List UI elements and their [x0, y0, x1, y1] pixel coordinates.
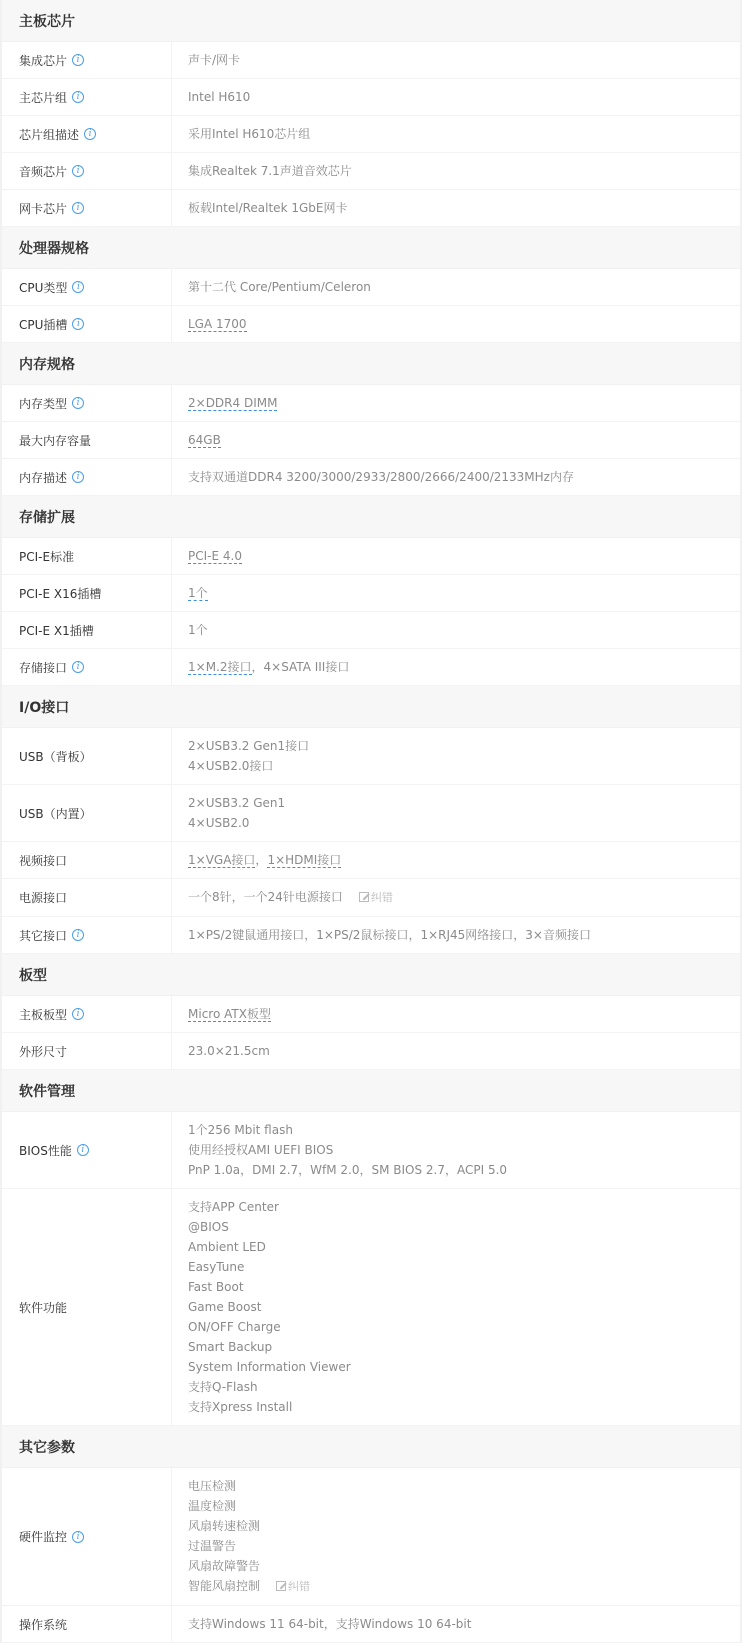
- spec-value-line: ON/OFF Charge: [188, 1317, 740, 1337]
- spec-value-text: 2×USB3.2 Gen1接口: [188, 739, 309, 753]
- spec-label: 集成芯片: [19, 52, 67, 69]
- spec-label: PCI-E标准: [19, 548, 74, 565]
- info-icon[interactable]: i: [72, 397, 84, 409]
- correction-button[interactable]: 纠错: [276, 1577, 310, 1597]
- spec-value-cell: 支持Windows 11 64-bit，支持Windows 10 64-bit: [172, 1606, 740, 1642]
- spec-label: 外形尺寸: [19, 1043, 67, 1060]
- spec-value-cell: 支持APP Center@BIOSAmbient LEDEasyTuneFast…: [172, 1189, 740, 1425]
- spec-label: 主芯片组: [19, 89, 67, 106]
- spec-value-text: Ambient LED: [188, 1240, 266, 1254]
- spec-value-text: ，: [255, 853, 267, 867]
- spec-value-cell: 23.0×21.5cm: [172, 1033, 740, 1069]
- spec-label-cell: USB（背板）: [2, 728, 172, 784]
- spec-label: 存储接口: [19, 659, 67, 676]
- info-icon[interactable]: i: [72, 91, 84, 103]
- spec-value-link[interactable]: 64GB: [188, 433, 221, 448]
- spec-value-text: 使用经授权AMI UEFI BIOS: [188, 1143, 333, 1157]
- spec-value-cell: 64GB: [172, 422, 740, 458]
- section-header: 处理器规格: [2, 227, 740, 269]
- spec-row: 其它接口i1×PS/2键鼠通用接口，1×PS/2鼠标接口，1×RJ45网络接口，…: [2, 917, 740, 954]
- spec-label-cell: 操作系统: [2, 1606, 172, 1642]
- correction-label: 纠错: [371, 891, 393, 904]
- spec-label: 内存类型: [19, 395, 67, 412]
- spec-label-cell: PCI-E标准: [2, 538, 172, 574]
- spec-value-text: 支持Windows 11 64-bit，支持Windows 10 64-bit: [188, 1617, 471, 1631]
- spec-value-line: 第十二代 Core/Pentium/Celeron: [188, 277, 740, 297]
- spec-row: BIOS性能i1个256 Mbit flash使用经授权AMI UEFI BIO…: [2, 1112, 740, 1189]
- spec-value-cell: 1个: [172, 575, 740, 611]
- spec-label: 音频芯片: [19, 163, 67, 180]
- spec-value-line: 电压检测: [188, 1476, 740, 1496]
- spec-value-line: Intel H610: [188, 87, 740, 107]
- spec-label: 最大内存容量: [19, 432, 91, 449]
- spec-value-text: Game Boost: [188, 1300, 261, 1314]
- spec-value-line: 一个8针，一个24针电源接口纠错: [188, 887, 740, 908]
- spec-value-link[interactable]: 1×VGA接口: [188, 853, 255, 868]
- spec-label: USB（内置）: [19, 805, 92, 822]
- spec-value-line: 2×DDR4 DIMM: [188, 393, 740, 413]
- spec-label-cell: 主芯片组i: [2, 79, 172, 115]
- spec-value-line: Smart Backup: [188, 1337, 740, 1357]
- spec-row: 集成芯片i声卡/网卡: [2, 42, 740, 79]
- section-header: I/O接口: [2, 686, 740, 728]
- spec-value-line: 支持APP Center: [188, 1197, 740, 1217]
- info-icon[interactable]: i: [84, 128, 96, 140]
- spec-value-cell: 2×DDR4 DIMM: [172, 385, 740, 421]
- spec-value-cell: 支持双通道DDR4 3200/3000/2933/2800/2666/2400/…: [172, 459, 740, 495]
- spec-value-cell: 一个8针，一个24针电源接口纠错: [172, 879, 740, 916]
- section-header: 板型: [2, 954, 740, 996]
- spec-value-line: 板载Intel/Realtek 1GbE网卡: [188, 198, 740, 218]
- section-header: 存储扩展: [2, 496, 740, 538]
- spec-row: CPU插槽iLGA 1700: [2, 306, 740, 343]
- spec-value-cell: 板载Intel/Realtek 1GbE网卡: [172, 190, 740, 226]
- spec-value-line: Micro ATX板型: [188, 1004, 740, 1024]
- spec-row: CPU类型i第十二代 Core/Pentium/Celeron: [2, 269, 740, 306]
- spec-value-text: 支持Q-Flash: [188, 1380, 258, 1394]
- spec-value-text: 电压检测: [188, 1479, 236, 1493]
- spec-label-cell: 存储接口i: [2, 649, 172, 685]
- spec-value-text: 采用Intel H610芯片组: [188, 127, 310, 141]
- spec-value-line: 支持Q-Flash: [188, 1377, 740, 1397]
- spec-value-link[interactable]: PCI-E 4.0: [188, 549, 242, 564]
- section-header: 内存规格: [2, 343, 740, 385]
- spec-value-line: 支持双通道DDR4 3200/3000/2933/2800/2666/2400/…: [188, 467, 740, 487]
- spec-value-link[interactable]: 2×DDR4 DIMM: [188, 396, 277, 411]
- spec-label-cell: 内存类型i: [2, 385, 172, 421]
- spec-value-text: 1×PS/2键鼠通用接口，1×PS/2鼠标接口，1×RJ45网络接口，3×音频接…: [188, 928, 591, 942]
- spec-value-text: Fast Boot: [188, 1280, 244, 1294]
- spec-value-line: @BIOS: [188, 1217, 740, 1237]
- info-icon[interactable]: i: [72, 165, 84, 177]
- spec-value-line: 23.0×21.5cm: [188, 1041, 740, 1061]
- spec-label: CPU插槽: [19, 316, 67, 333]
- spec-value-cell: 2×USB3.2 Gen14×USB2.0: [172, 785, 740, 841]
- spec-value-cell: 采用Intel H610芯片组: [172, 116, 740, 152]
- edit-icon: [276, 1581, 286, 1591]
- spec-value-cell: 1×VGA接口，1×HDMI接口: [172, 842, 740, 878]
- spec-value-text: 支持APP Center: [188, 1200, 279, 1214]
- spec-value-cell: 2×USB3.2 Gen1接口4×USB2.0接口: [172, 728, 740, 784]
- spec-value-cell: 1×PS/2键鼠通用接口，1×PS/2鼠标接口，1×RJ45网络接口，3×音频接…: [172, 917, 740, 953]
- spec-value-line: System Information Viewer: [188, 1357, 740, 1377]
- info-icon[interactable]: i: [72, 929, 84, 941]
- spec-row: 软件功能支持APP Center@BIOSAmbient LEDEasyTune…: [2, 1189, 740, 1426]
- info-icon[interactable]: i: [72, 318, 84, 330]
- spec-label-cell: 最大内存容量: [2, 422, 172, 458]
- spec-label-cell: PCI-E X1插槽: [2, 612, 172, 648]
- spec-value-text: 风扇转速检测: [188, 1519, 260, 1533]
- spec-row: 内存描述i支持双通道DDR4 3200/3000/2933/2800/2666/…: [2, 459, 740, 496]
- spec-value-line: 1×M.2接口，4×SATA III接口: [188, 657, 740, 677]
- spec-label: 电源接口: [19, 889, 67, 906]
- spec-label-cell: 软件功能: [2, 1189, 172, 1425]
- spec-value-line: 64GB: [188, 430, 740, 450]
- spec-row: 主板板型iMicro ATX板型: [2, 996, 740, 1033]
- spec-label-cell: 外形尺寸: [2, 1033, 172, 1069]
- spec-label-cell: 视频接口: [2, 842, 172, 878]
- spec-value-text: 集成Realtek 7.1声道音效芯片: [188, 164, 352, 178]
- spec-label-cell: USB（内置）: [2, 785, 172, 841]
- spec-value-line: 4×USB2.0: [188, 813, 740, 833]
- spec-label: USB（背板）: [19, 748, 92, 765]
- spec-row: 音频芯片i集成Realtek 7.1声道音效芯片: [2, 153, 740, 190]
- spec-label: PCI-E X16插槽: [19, 585, 101, 602]
- spec-value-text: 温度检测: [188, 1499, 236, 1513]
- spec-value-line: 1×PS/2键鼠通用接口，1×PS/2鼠标接口，1×RJ45网络接口，3×音频接…: [188, 925, 740, 945]
- spec-label-cell: 集成芯片i: [2, 42, 172, 78]
- spec-value-text: 2×USB3.2 Gen1: [188, 796, 285, 810]
- spec-table: 主板芯片集成芯片i声卡/网卡主芯片组iIntel H610芯片组描述i采用Int…: [0, 0, 742, 1643]
- spec-value-cell: 集成Realtek 7.1声道音效芯片: [172, 153, 740, 189]
- spec-label-cell: 芯片组描述i: [2, 116, 172, 152]
- spec-value-cell: 第十二代 Core/Pentium/Celeron: [172, 269, 740, 305]
- spec-value-line: 温度检测: [188, 1496, 740, 1516]
- spec-value-line: 过温警告: [188, 1536, 740, 1556]
- spec-value-line: 使用经授权AMI UEFI BIOS: [188, 1140, 740, 1160]
- spec-value-cell: 声卡/网卡: [172, 42, 740, 78]
- spec-value-link[interactable]: LGA 1700: [188, 317, 247, 332]
- spec-value-line: 采用Intel H610芯片组: [188, 124, 740, 144]
- spec-value-link[interactable]: 1个: [188, 586, 208, 601]
- section-header: 软件管理: [2, 1070, 740, 1112]
- spec-label-cell: 音频芯片i: [2, 153, 172, 189]
- spec-row: PCI-E X16插槽1个: [2, 575, 740, 612]
- spec-value-text: Smart Backup: [188, 1340, 272, 1354]
- spec-value-text: 1个: [188, 623, 208, 637]
- spec-label-cell: PCI-E X16插槽: [2, 575, 172, 611]
- spec-value-cell: Intel H610: [172, 79, 740, 115]
- spec-label: 硬件监控: [19, 1528, 67, 1545]
- spec-value-line: EasyTune: [188, 1257, 740, 1277]
- spec-value-text: 第十二代 Core/Pentium/Celeron: [188, 280, 371, 294]
- spec-label: 软件功能: [19, 1299, 67, 1316]
- spec-label: 其它接口: [19, 927, 67, 944]
- spec-value-line: 声卡/网卡: [188, 50, 740, 70]
- spec-label: 网卡芯片: [19, 200, 67, 217]
- spec-value-link[interactable]: Micro ATX板型: [188, 1007, 271, 1022]
- spec-label: 操作系统: [19, 1616, 67, 1633]
- correction-button[interactable]: 纠错: [359, 888, 393, 908]
- spec-value-text: PnP 1.0a，DMI 2.7，WfM 2.0，SM BIOS 2.7，ACP…: [188, 1163, 507, 1177]
- spec-value-line: 4×USB2.0接口: [188, 756, 740, 776]
- spec-value-text: System Information Viewer: [188, 1360, 351, 1374]
- spec-value-line: 支持Windows 11 64-bit，支持Windows 10 64-bit: [188, 1614, 740, 1634]
- spec-value-line: 集成Realtek 7.1声道音效芯片: [188, 161, 740, 181]
- spec-value-line: 2×USB3.2 Gen1: [188, 793, 740, 813]
- spec-label-cell: 主板板型i: [2, 996, 172, 1032]
- spec-row: 存储接口i1×M.2接口，4×SATA III接口: [2, 649, 740, 686]
- info-icon[interactable]: i: [72, 471, 84, 483]
- spec-row: 内存类型i2×DDR4 DIMM: [2, 385, 740, 422]
- spec-value-text: 支持双通道DDR4 3200/3000/2933/2800/2666/2400/…: [188, 470, 574, 484]
- spec-label-cell: CPU插槽i: [2, 306, 172, 342]
- spec-value-line: 1×VGA接口，1×HDMI接口: [188, 850, 740, 870]
- section-header: 其它参数: [2, 1426, 740, 1468]
- spec-value-line: 风扇转速检测: [188, 1516, 740, 1536]
- spec-value-text: 支持Xpress Install: [188, 1400, 292, 1414]
- spec-value-cell: 1×M.2接口，4×SATA III接口: [172, 649, 740, 685]
- spec-value-text: 过温警告: [188, 1539, 236, 1553]
- spec-row: 电源接口一个8针，一个24针电源接口纠错: [2, 879, 740, 917]
- spec-row: 芯片组描述i采用Intel H610芯片组: [2, 116, 740, 153]
- spec-value-cell: PCI-E 4.0: [172, 538, 740, 574]
- spec-value-cell: 1个: [172, 612, 740, 648]
- spec-label-cell: 内存描述i: [2, 459, 172, 495]
- spec-value-line: 1个: [188, 620, 740, 640]
- info-icon[interactable]: i: [77, 1144, 89, 1156]
- spec-value-cell: Micro ATX板型: [172, 996, 740, 1032]
- spec-row: USB（背板）2×USB3.2 Gen1接口4×USB2.0接口: [2, 728, 740, 785]
- info-icon[interactable]: i: [72, 1008, 84, 1020]
- spec-label-cell: 电源接口: [2, 879, 172, 916]
- spec-value-line: 1个256 Mbit flash: [188, 1120, 740, 1140]
- spec-value-line: PnP 1.0a，DMI 2.7，WfM 2.0，SM BIOS 2.7，ACP…: [188, 1160, 740, 1180]
- spec-value-cell: LGA 1700: [172, 306, 740, 342]
- info-icon[interactable]: i: [72, 54, 84, 66]
- spec-row: PCI-E X1插槽1个: [2, 612, 740, 649]
- spec-value-line: PCI-E 4.0: [188, 546, 740, 566]
- spec-value-line: 风扇故障警告: [188, 1556, 740, 1576]
- spec-row: 视频接口1×VGA接口，1×HDMI接口: [2, 842, 740, 879]
- spec-value-text: 声卡/网卡: [188, 53, 240, 67]
- spec-value-text: 4×USB2.0接口: [188, 759, 273, 773]
- info-icon[interactable]: i: [72, 202, 84, 214]
- spec-value-line: Fast Boot: [188, 1277, 740, 1297]
- spec-value-text: Intel H610: [188, 90, 250, 104]
- spec-label: 视频接口: [19, 852, 67, 869]
- spec-label: 主板板型: [19, 1006, 67, 1023]
- spec-value-text: ON/OFF Charge: [188, 1320, 281, 1334]
- spec-value-text: 1个256 Mbit flash: [188, 1123, 293, 1137]
- spec-value-text: EasyTune: [188, 1260, 244, 1274]
- spec-row: 硬件监控i电压检测温度检测风扇转速检测过温警告风扇故障警告智能风扇控制纠错: [2, 1468, 740, 1606]
- spec-label-cell: 硬件监控i: [2, 1468, 172, 1605]
- spec-row: 网卡芯片i板载Intel/Realtek 1GbE网卡: [2, 190, 740, 227]
- spec-value-link[interactable]: 1×HDMI接口: [267, 853, 341, 868]
- spec-row: 主芯片组iIntel H610: [2, 79, 740, 116]
- spec-row: PCI-E标准PCI-E 4.0: [2, 538, 740, 575]
- spec-value-text: 4×USB2.0: [188, 816, 249, 830]
- spec-row: 操作系统支持Windows 11 64-bit，支持Windows 10 64-…: [2, 1606, 740, 1643]
- info-icon[interactable]: i: [72, 661, 84, 673]
- spec-row: 外形尺寸23.0×21.5cm: [2, 1033, 740, 1070]
- spec-value-line: 1个: [188, 583, 740, 603]
- spec-value-text: 一个8针，一个24针电源接口: [188, 890, 343, 904]
- section-header: 主板芯片: [2, 0, 740, 42]
- spec-value-line: LGA 1700: [188, 314, 740, 334]
- spec-value-link[interactable]: 1×M.2接口: [188, 660, 252, 675]
- spec-value-text: 23.0×21.5cm: [188, 1044, 270, 1058]
- spec-value-line: 智能风扇控制纠错: [188, 1576, 740, 1597]
- spec-value-line: 支持Xpress Install: [188, 1397, 740, 1417]
- correction-label: 纠错: [288, 1580, 310, 1593]
- spec-value-line: 2×USB3.2 Gen1接口: [188, 736, 740, 756]
- info-icon[interactable]: i: [72, 1531, 84, 1543]
- spec-label-cell: CPU类型i: [2, 269, 172, 305]
- spec-value-cell: 电压检测温度检测风扇转速检测过温警告风扇故障警告智能风扇控制纠错: [172, 1468, 740, 1605]
- spec-label: 芯片组描述: [19, 126, 79, 143]
- spec-label: CPU类型: [19, 279, 67, 296]
- spec-label-cell: 其它接口i: [2, 917, 172, 953]
- spec-row: 最大内存容量64GB: [2, 422, 740, 459]
- spec-label: BIOS性能: [19, 1142, 72, 1159]
- spec-value-line: Game Boost: [188, 1297, 740, 1317]
- spec-label: PCI-E X1插槽: [19, 622, 94, 639]
- spec-value-text: 板载Intel/Realtek 1GbE网卡: [188, 201, 347, 215]
- spec-value-line: Ambient LED: [188, 1237, 740, 1257]
- spec-value-text: 智能风扇控制: [188, 1579, 260, 1593]
- edit-icon: [359, 892, 369, 902]
- spec-label: 内存描述: [19, 469, 67, 486]
- spec-row: USB（内置）2×USB3.2 Gen14×USB2.0: [2, 785, 740, 842]
- info-icon[interactable]: i: [72, 281, 84, 293]
- spec-label-cell: 网卡芯片i: [2, 190, 172, 226]
- spec-value-cell: 1个256 Mbit flash使用经授权AMI UEFI BIOSPnP 1.…: [172, 1112, 740, 1188]
- spec-label-cell: BIOS性能i: [2, 1112, 172, 1188]
- spec-value-text: ，4×SATA III接口: [252, 660, 350, 674]
- spec-value-text: @BIOS: [188, 1220, 229, 1234]
- spec-value-text: 风扇故障警告: [188, 1559, 260, 1573]
